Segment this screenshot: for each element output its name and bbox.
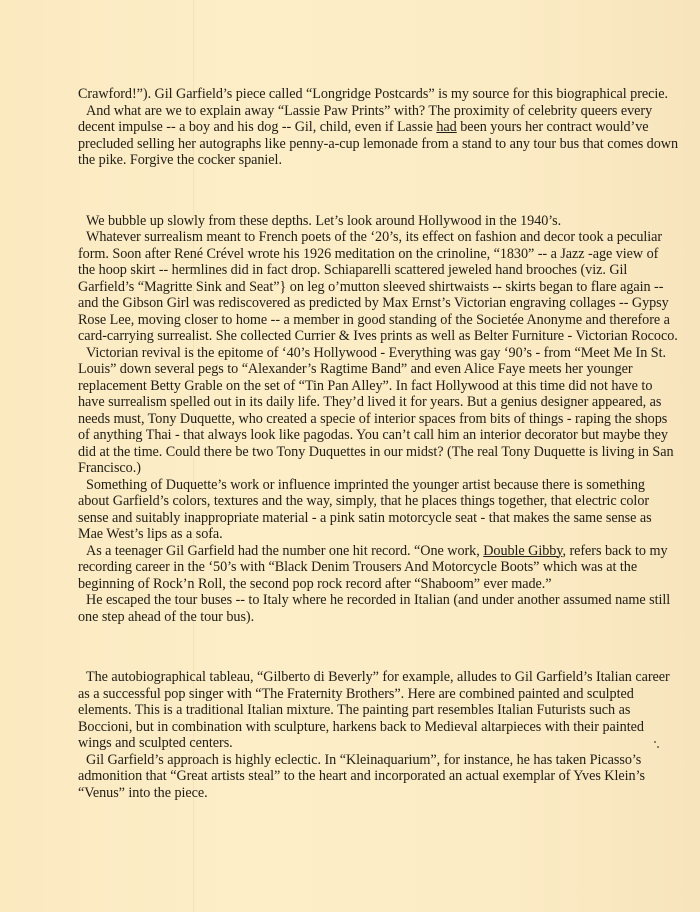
text-run: The autobiographical tableau, “Gilberto … — [78, 669, 670, 751]
paragraph: Whatever surrealism meant to French poet… — [78, 229, 678, 345]
text-run: Victorian revival is the epitome of ‘40’… — [78, 345, 674, 477]
section-hollywood-1940s: We bubble up slowly from these depths. L… — [78, 213, 678, 626]
section-biography-intro: Crawford!”). Gil Garfield’s piece called… — [78, 86, 678, 169]
document-page: Crawford!”). Gil Garfield’s piece called… — [78, 86, 678, 801]
text-run: As a teenager Gil Garfield had the numbe… — [86, 543, 483, 559]
paragraph: And what are we to explain away “Lassie … — [78, 103, 678, 169]
paragraph: Victorian revival is the epitome of ‘40’… — [78, 345, 678, 477]
paragraph: The autobiographical tableau, “Gilberto … — [78, 669, 678, 752]
paragraph: Crawford!”). Gil Garfield’s piece called… — [78, 86, 678, 103]
text-run: Whatever surrealism meant to French poet… — [78, 229, 678, 344]
section-italian-career: The autobiographical tableau, “Gilberto … — [78, 669, 678, 801]
paper-speck — [654, 741, 656, 743]
underlined-text: had — [436, 119, 456, 135]
paragraph: We bubble up slowly from these depths. L… — [78, 213, 678, 230]
underlined-text: Double Gibby — [483, 543, 562, 559]
paragraph: Something of Duquette’s work or influenc… — [78, 477, 678, 543]
text-run: We bubble up slowly from these depths. L… — [86, 213, 561, 229]
paper-speck — [657, 746, 659, 748]
paragraph: Gil Garfield’s approach is highly eclect… — [78, 752, 678, 802]
paragraph: As a teenager Gil Garfield had the numbe… — [78, 543, 678, 593]
text-run: Crawford!”). Gil Garfield’s piece called… — [78, 86, 668, 102]
text-run: He escaped the tour buses -- to Italy wh… — [78, 592, 670, 625]
text-run: Gil Garfield’s approach is highly eclect… — [78, 752, 645, 801]
paragraph: He escaped the tour buses -- to Italy wh… — [78, 592, 678, 625]
text-run: Something of Duquette’s work or influenc… — [78, 477, 652, 543]
